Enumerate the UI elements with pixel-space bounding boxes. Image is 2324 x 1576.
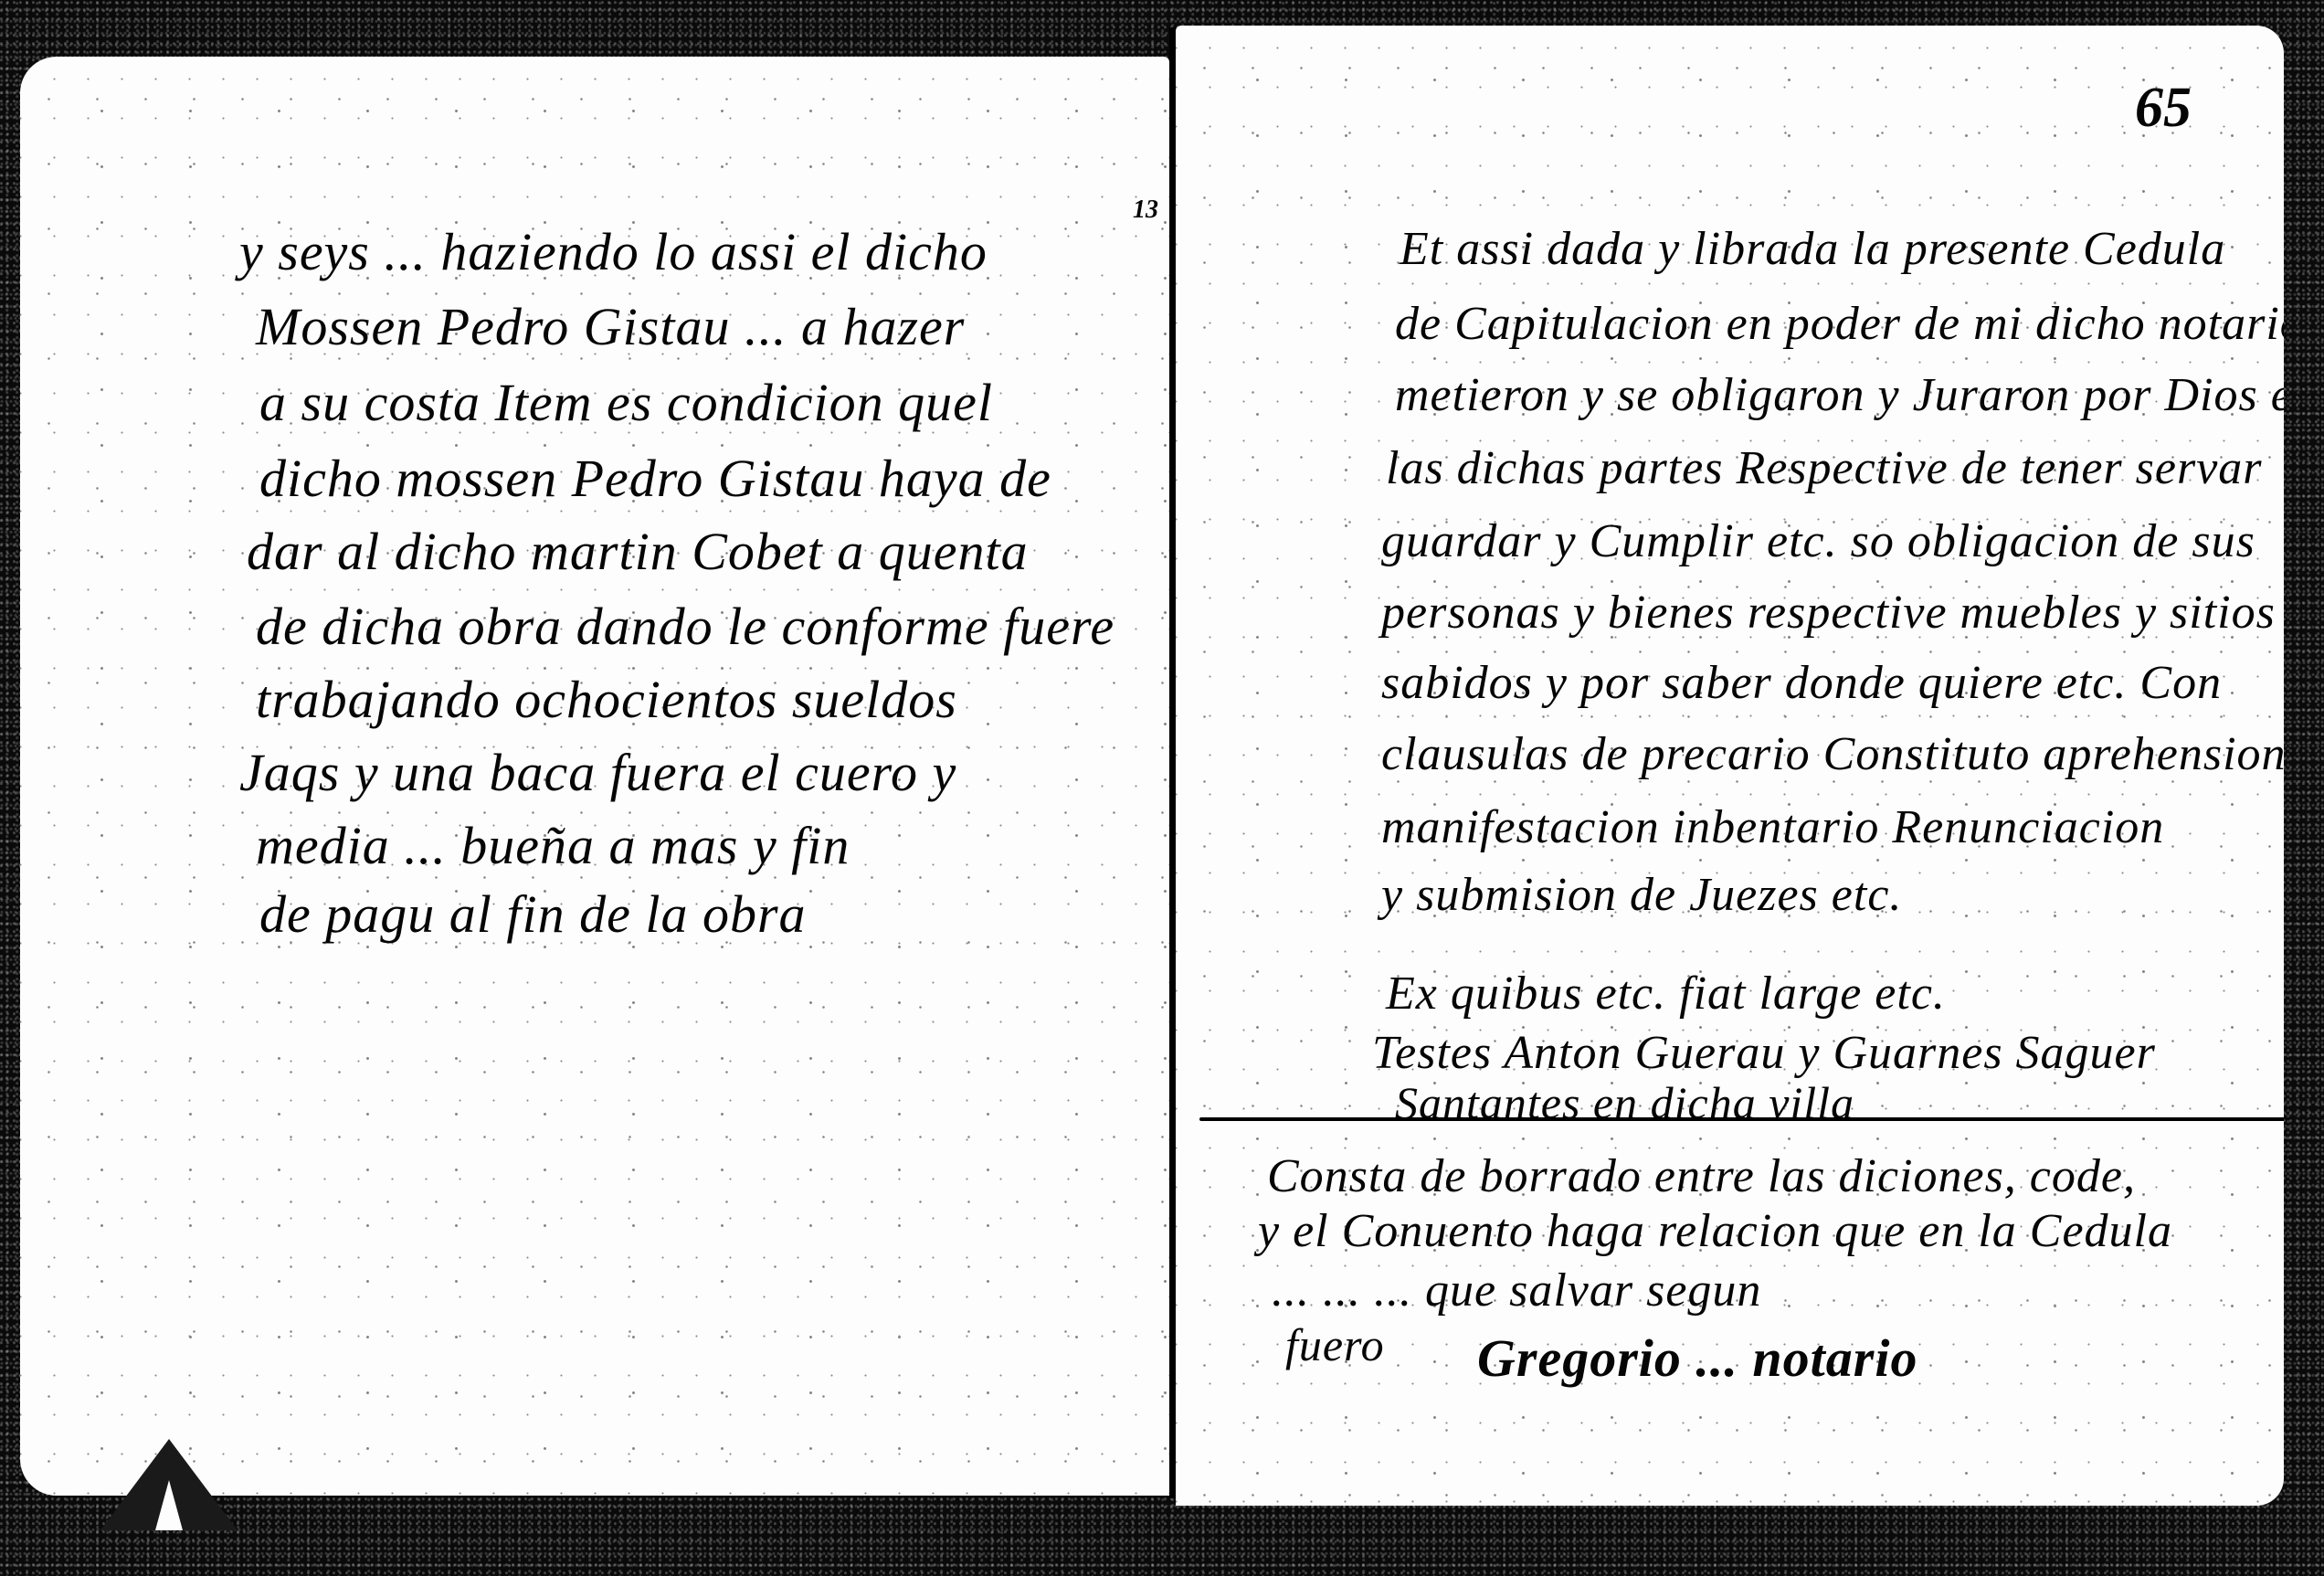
manuscript-line: y submision de Juezes etc. [1381,868,1902,922]
right-page-text: 65 Et assi dada y librada la presente Ce… [1176,26,2284,1506]
manuscript-line: metieron y se obligaron y Juraron por Di… [1395,368,2284,422]
folio-number: 65 [2135,76,2192,141]
notary-signature: Gregorio ... notario [1477,1327,1917,1389]
manuscript-line: dicho mossen Pedro Gistau haya de [259,448,1051,509]
closing-line: Ex quibus etc. fiat large etc. [1386,967,1946,1021]
manuscript-line: de dicha obra dando le conforme fuere [256,596,1114,657]
manuscript-line: clausulas de precario Constituto aprehen… [1381,727,2284,781]
manuscript-line: de Capitulacion en poder de mi dicho not… [1395,297,2284,351]
left-page-text: 13 y seys ... haziendo lo assi el dicho … [20,57,1169,1496]
left-page: 13 y seys ... haziendo lo assi el dicho … [20,57,1169,1496]
manuscript-line: Et assi dada y librada la presente Cedul… [1400,222,2225,276]
manuscript-line: sabidos y por saber donde quiere etc. Co… [1381,656,2222,710]
note-line: y el Conuento haga relacion que en la Ce… [1258,1204,2172,1258]
right-page: 65 Et assi dada y librada la presente Ce… [1176,26,2284,1506]
page-gutter [1169,27,1176,1498]
section-divider [1199,1117,2284,1121]
manuscript-line: media ... bueña a mas y fin [256,815,850,876]
manuscript-line: las dichas partes Respective de tener se… [1386,441,2263,495]
manuscript-line: manifestacion inbentario Renunciacion [1381,800,2164,854]
note-line: fuero [1285,1318,1385,1371]
manuscript-line: trabajando ochocientos sueldos [256,669,957,730]
note-line: ... ... ... que salvar segun [1272,1264,1761,1317]
binding-stain [100,1439,238,1530]
manuscript-line: guardar y Cumplir etc. so obligacion de … [1381,514,2255,568]
manuscript-line: Jaqs y una baca fuera el cuero y [239,742,956,803]
closing-line: Testes Anton Guerau y Guarnes Saguer [1372,1026,2156,1080]
note-line: Consta de borrado entre las diciones, co… [1267,1149,2136,1203]
manuscript-line: dar al dicho martin Cobet a quenta [247,521,1029,582]
manuscript-line: y seys ... haziendo lo assi el dicho [239,221,988,282]
manuscript-line: personas y bienes respective muebles y s… [1381,586,2276,640]
manuscript-line: Mossen Pedro Gistau ... a hazer [256,296,965,357]
margin-mark: 13 [1133,196,1158,225]
manuscript-line: de pagu al fin de la obra [259,883,807,945]
manuscript-line: a su costa Item es condicion quel [259,372,993,433]
closing-line: Santantes en dicha villa [1395,1076,1854,1129]
